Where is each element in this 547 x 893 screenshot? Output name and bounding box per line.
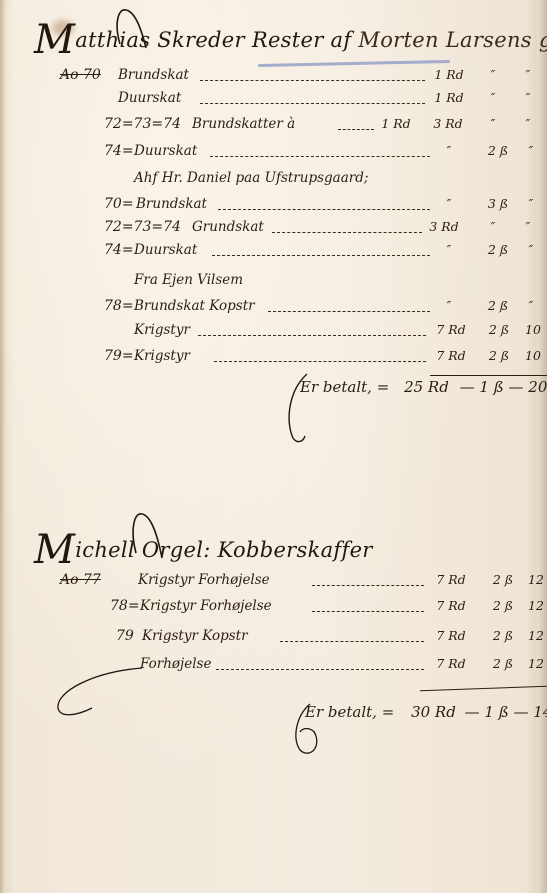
heading-initial: M (34, 527, 75, 573)
row-mark: ″ (478, 116, 508, 131)
row-description: Duurskat (134, 242, 197, 258)
ledger-row: 79 Krigstyr Kopstr 7 Rd 2 ß 12 (0, 628, 547, 650)
dot-leader (200, 103, 425, 104)
ledger-row: 72=73=74 Grundskat 3 Rd ″ ″ (0, 219, 547, 241)
row-description: Grundskat (192, 219, 264, 235)
row-rigsdaler: 7 Rd (430, 348, 472, 363)
row-year: Ao 70 (60, 67, 101, 83)
row-description: Brundskatter à (192, 116, 295, 132)
row-description: Brundskat (136, 196, 207, 212)
dot-leader (338, 129, 374, 130)
row-description: Duurskat (134, 143, 197, 159)
row-mark: 2 ß (478, 143, 518, 158)
row-rigsdaler: 7 Rd (426, 656, 476, 671)
row-mark: 2 ß (478, 242, 518, 257)
row-rigsdaler: 7 Rd (430, 322, 472, 337)
total-flourish-icon (283, 370, 323, 445)
row-year: 79= (104, 348, 134, 364)
heading-initial: M (34, 17, 75, 63)
row-mark: 2 ß (488, 628, 518, 643)
ledger-row: 74= Duurskat ″ 2 ß ″ (0, 143, 547, 165)
row-year: 78= (110, 598, 140, 614)
section-1-total: Er betalt, = 25 Rd — 1 ß — 20 (300, 378, 547, 396)
row-mark: ″ (478, 67, 508, 82)
row-mark: 2 ß (488, 656, 518, 671)
ledger-row: Krigstyr 7 Rd 2 ß 10 (0, 322, 547, 344)
row-description: Krigstyr Forhøjelse (140, 598, 272, 614)
row-rigsdaler: ″ (432, 196, 466, 211)
section-2-heading: Michell Orgel: Kobberskaffer (34, 530, 373, 570)
row-rigsdaler: 1 Rd (432, 67, 466, 82)
row-skilling: ″ (522, 143, 540, 158)
dot-leader (210, 156, 430, 157)
dot-leader (200, 80, 425, 81)
ledger-page: Matthias Skreder Rester af Morten Larsen… (0, 0, 547, 893)
row-skilling: 10 (522, 322, 544, 337)
row-skilling: ″ (518, 219, 538, 234)
ledger-row: 70= Brundskat ″ 3 ß ″ (0, 196, 547, 218)
row-rigsdaler: 1 Rd (432, 90, 466, 105)
row-mark: 2 ß (488, 572, 518, 587)
row-skilling: 12 (526, 598, 546, 613)
dot-leader (218, 209, 430, 210)
dot-leader (272, 232, 422, 233)
row-description: Krigstyr (134, 322, 190, 338)
ledger-row: 72=73=74 Brundskatter à 1 Rd 3 Rd ″ ″ (0, 116, 547, 138)
total-rule (430, 375, 547, 376)
entry-flourish-icon (52, 662, 152, 722)
row-skilling: ″ (522, 298, 540, 313)
dot-leader (214, 361, 426, 362)
row-rigsdaler: 3 Rd (424, 219, 464, 234)
row-skilling: 12 (526, 628, 546, 643)
row-unit-price: 1 Rd (378, 116, 414, 131)
row-mark: ″ (478, 90, 508, 105)
subheading: Fra Ejen Vilsem (134, 272, 243, 288)
row-mark: 2 ß (478, 298, 518, 313)
total-skilling: 14 (533, 703, 547, 721)
heading-underlined-text: Morten Larsens gaard, (358, 28, 547, 52)
subheading: Ahf Hr. Daniel paa Ufstrupsgaard; (134, 170, 368, 186)
row-rigsdaler: 7 Rd (426, 598, 476, 613)
row-description: Krigstyr (134, 348, 190, 364)
row-mark: 2 ß (484, 322, 514, 337)
row-skilling: 10 (522, 348, 544, 363)
row-description: Krigstyr Forhøjelse (138, 572, 270, 588)
dot-leader (212, 255, 430, 256)
row-description: Brundskat Kopstr (134, 298, 255, 314)
dot-leader (312, 585, 424, 586)
row-skilling: ″ (518, 90, 538, 105)
row-rigsdaler: ″ (432, 143, 466, 158)
section-2-total: Er betalt, = 30 Rd — 1 ß — 14 (305, 703, 547, 721)
row-description: Krigstyr Kopstr (142, 628, 248, 644)
row-mark: 3 ß (478, 196, 518, 211)
row-year: 79 (116, 628, 134, 644)
row-skilling: 12 (526, 656, 546, 671)
section-1-heading: Matthias Skreder Rester af Morten Larsen… (34, 20, 547, 60)
ledger-row: 78= Krigstyr Forhøjelse 7 Rd 2 ß 12 (0, 598, 547, 620)
row-mark: 2 ß (488, 598, 518, 613)
total-rigsdaler: 25 Rd (404, 378, 449, 396)
row-skilling: ″ (522, 242, 540, 257)
ledger-row: 78= Brundskat Kopstr ″ 2 ß ″ (0, 298, 547, 320)
heading-flourish-icon (112, 4, 152, 54)
row-description: Duurskat (118, 90, 181, 106)
row-year: 74= (104, 143, 134, 159)
row-year: 74= (104, 242, 134, 258)
ledger-row: Ao 77 Krigstyr Forhøjelse 7 Rd 2 ß 12 (0, 572, 547, 594)
row-year: Ao 77 (60, 572, 101, 588)
dot-leader (198, 335, 426, 336)
row-year: 72=73=74 (104, 116, 181, 132)
row-year: 78= (104, 298, 134, 314)
row-skilling: 12 (526, 572, 546, 587)
row-rigsdaler: ″ (432, 298, 466, 313)
row-year: 70= (104, 196, 134, 212)
row-skilling: ″ (518, 116, 538, 131)
ledger-row: 74= Duurskat ″ 2 ß ″ (0, 242, 547, 264)
row-mark: 2 ß (484, 348, 514, 363)
total-skilling: 20 (528, 378, 547, 396)
ledger-row: 79= Krigstyr 7 Rd 2 ß 10 (0, 348, 547, 370)
row-rigsdaler: 3 Rd (430, 116, 466, 131)
dot-leader (280, 641, 424, 642)
heading-flourish-icon (128, 508, 168, 563)
total-mark: 1 ß (479, 378, 503, 396)
dot-leader (312, 611, 424, 612)
row-skilling: ″ (522, 196, 540, 211)
row-description: Brundskat (118, 67, 189, 83)
pencil-underline (258, 60, 450, 67)
row-year: 72=73=74 (104, 219, 181, 235)
row-rigsdaler: 7 Rd (426, 628, 476, 643)
row-mark: ″ (478, 219, 508, 234)
ledger-row: Duurskat 1 Rd ″ ″ (0, 90, 547, 112)
total-rigsdaler: 30 Rd (411, 703, 456, 721)
total-mark: 1 ß (484, 703, 508, 721)
ledger-row: Ao 70 Brundskat 1 Rd ″ ″ (0, 67, 547, 89)
total-rule (420, 686, 547, 691)
total-flourish-icon (288, 698, 328, 758)
row-rigsdaler: 7 Rd (426, 572, 476, 587)
dot-leader (216, 669, 424, 670)
row-rigsdaler: ″ (432, 242, 466, 257)
dot-leader (268, 311, 430, 312)
row-skilling: ″ (518, 67, 538, 82)
heading-text: ichell Orgel: Kobberskaffer (75, 538, 372, 562)
